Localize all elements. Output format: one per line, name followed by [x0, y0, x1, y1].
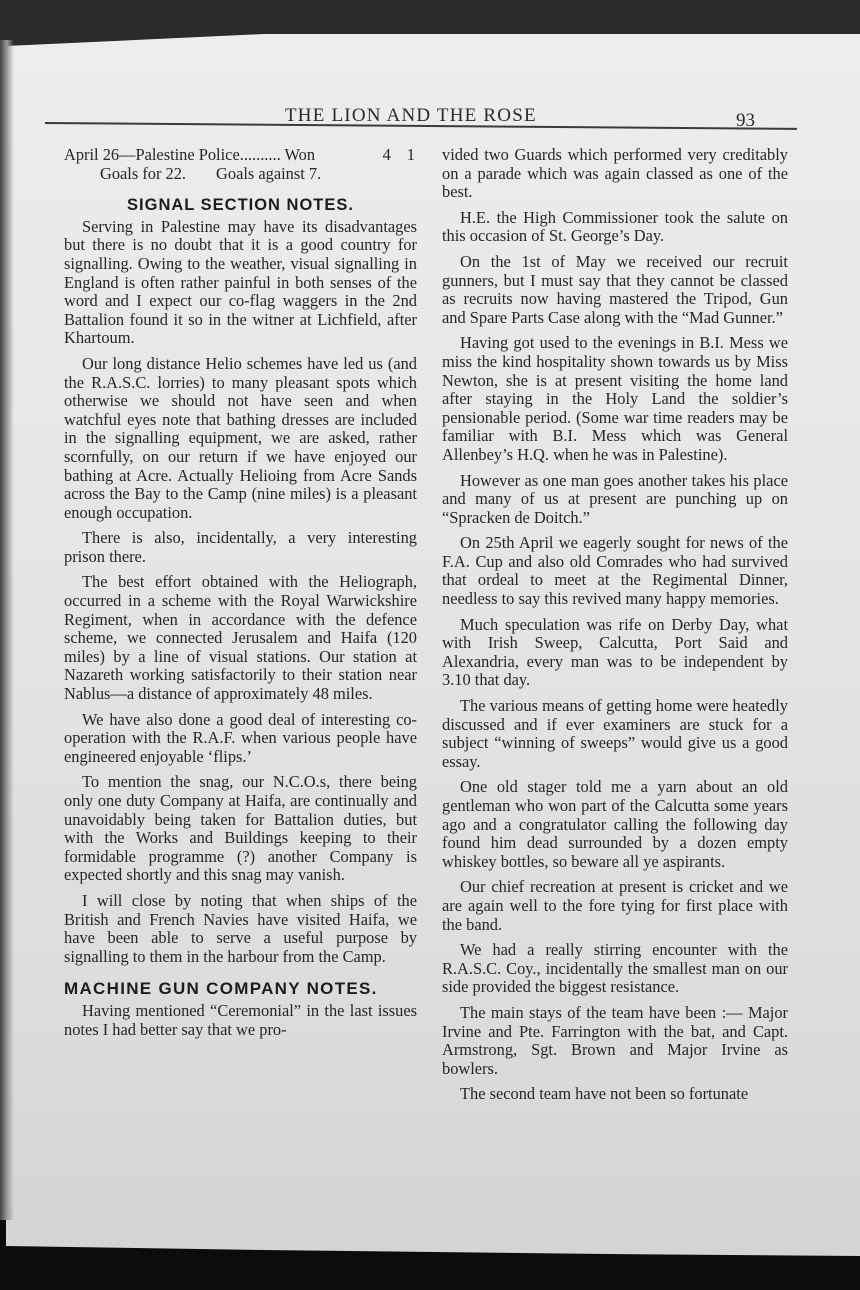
paragraph: We had a really stirring encounter with … [442, 941, 788, 997]
right-column: vided two Guards which performed very cr… [442, 146, 788, 1111]
match-result-line: April 26—Palestine Police.......... Won … [64, 146, 417, 165]
paragraph: Our chief recreation at present is crick… [442, 878, 788, 934]
paragraph: To mention the snag, our N.C.O.s, there … [64, 773, 417, 885]
paragraph: The various means of getting home were h… [442, 697, 788, 771]
goals-summary: Goals for 22. Goals against 7. [100, 165, 417, 184]
match-label: April 26—Palestine Police.......... Won [64, 146, 315, 165]
signal-section-heading: SIGNAL SECTION NOTES. [64, 196, 417, 215]
machine-gun-section-heading: MACHINE GUN COMPANY NOTES. [64, 980, 417, 999]
paragraph: vided two Guards which performed very cr… [442, 146, 788, 202]
paragraph: There is also, incidentally, a very inte… [64, 529, 417, 566]
paragraph: Having got used to the evenings in B.I. … [442, 334, 788, 464]
paragraph: However as one man goes another takes hi… [442, 472, 788, 528]
paragraph: Our long distance Helio schemes have led… [64, 355, 417, 522]
paragraph: On the 1st of May we received our recrui… [442, 253, 788, 327]
paragraph: Serving in Palestine may have its dis­ad… [64, 218, 417, 348]
goals-for: Goals for 22. [100, 165, 186, 184]
paragraph: On 25th April we eagerly sought for news… [442, 534, 788, 608]
binding-shadow [0, 40, 14, 1220]
left-column: April 26—Palestine Police.......... Won … [64, 146, 417, 1046]
paragraph: H.E. the High Commissioner took the salu… [442, 209, 788, 246]
paragraph: The main stays of the team have been :— … [442, 1004, 788, 1078]
goals-against: Goals against 7. [216, 165, 321, 184]
paragraph: The best effort obtained with the Helio­… [64, 573, 417, 703]
paragraph: We have also done a good deal of interes… [64, 711, 417, 767]
paragraph: Having mentioned “Ceremonial” in the las… [64, 1002, 417, 1039]
paragraph: The second team have not been so fortuna… [442, 1085, 788, 1104]
running-header: THE LION AND THE ROSE 93 [0, 100, 860, 140]
paragraph: Much speculation was rife on Derby Day, … [442, 616, 788, 690]
score-against: 1 [407, 146, 415, 165]
paragraph: One old stager told me a yarn about an o… [442, 778, 788, 871]
score-for: 4 [383, 146, 391, 165]
paragraph: I will close by noting that when ships o… [64, 892, 417, 966]
